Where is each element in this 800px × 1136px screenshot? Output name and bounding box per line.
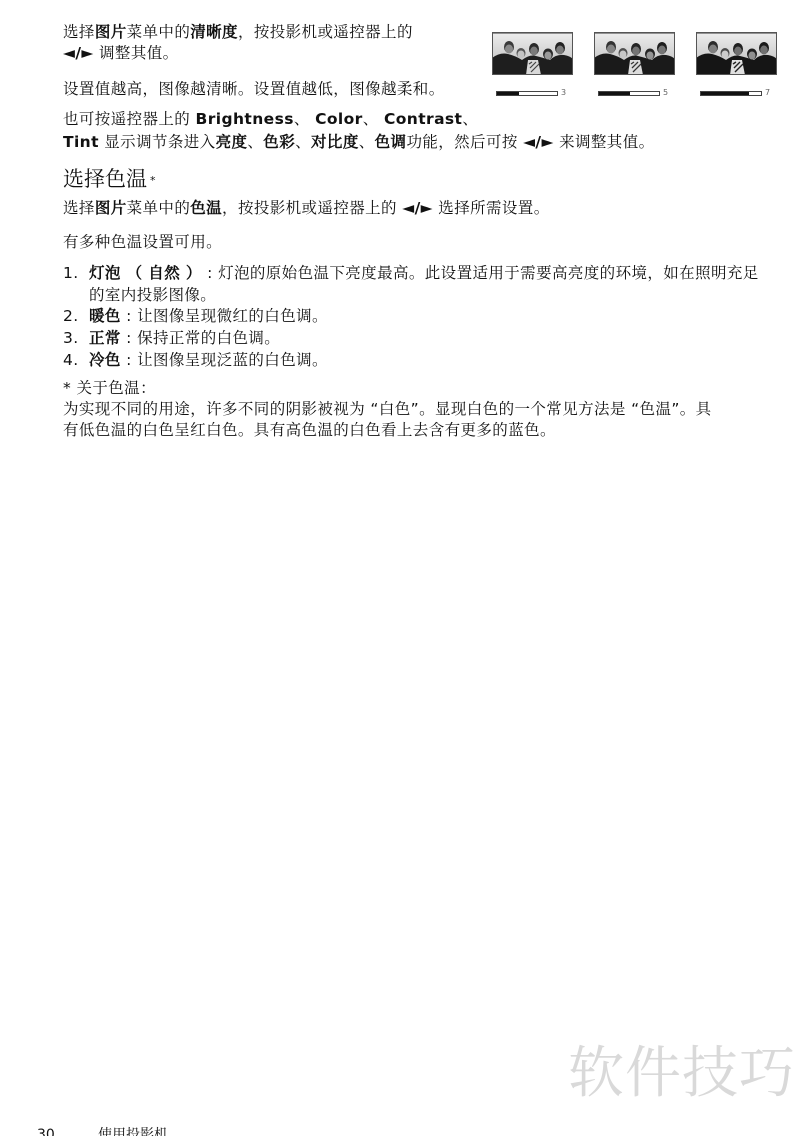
list-item-text: 灯泡 （ 自然 ） : 灯泡的原始色温下亮度最高。此设置适用于需要高亮度的环境，…: [89, 262, 759, 284]
color-temp-instruction: 选择图片菜单中的色温，按投影机或遥控器上的 ◄/► 选择所需设置。: [63, 197, 550, 219]
sharpness-explanation: 设置值越高，图像越清晰。设置值越低，图像越柔和。: [63, 78, 445, 100]
menu-name-picture: 图片: [95, 23, 127, 41]
key-brightness: Brightness: [196, 110, 294, 128]
list-number: 1.: [63, 262, 87, 284]
function-color: 色彩: [263, 133, 295, 151]
color-temp-available: 有多种色温设置可用。: [63, 231, 222, 253]
list-item-text: 正常 : 保持正常的白色调。: [89, 327, 280, 349]
key-color: Color: [315, 110, 363, 128]
key-tint: Tint: [63, 133, 99, 151]
list-item-text: 冷色 : 让图像呈现泛蓝的白色调。: [89, 349, 328, 371]
function-contrast: 对比度: [311, 133, 359, 151]
sharpness-instruction-line-2: ◄/► 调整其值。: [63, 42, 179, 64]
sharpness-preview-2: 5: [594, 32, 675, 75]
setting-name-color-temp: 色温: [190, 199, 222, 217]
section-heading-color-temp: 选择色温*: [63, 165, 156, 193]
option-name: 正常: [89, 329, 121, 347]
option-description: : 让图像呈现泛蓝的白色调。: [121, 351, 328, 369]
slider-fill: [599, 92, 630, 95]
list-number: 3.: [63, 327, 87, 349]
text-segment: 菜单中的: [127, 199, 191, 217]
slider-value: 3: [561, 89, 566, 97]
key-contrast: Contrast: [384, 110, 462, 128]
footnote-marker: *: [150, 174, 156, 187]
note-line-1: 为实现不同的用途，许多不同的阴影被视为 “白色”。显现白色的一个常见方法是 “色…: [63, 399, 712, 420]
sharpness-slider: 3: [496, 89, 566, 97]
slider-value: 5: [663, 89, 668, 97]
remote-keys-line-2: Tint 显示调节条进入亮度、色彩、对比度、色调功能，然后可按 ◄/► 来调整其…: [63, 131, 655, 153]
option-description: : 让图像呈现微红的白色调。: [121, 307, 328, 325]
list-number: 4.: [63, 349, 87, 371]
sharpness-slider: 7: [700, 89, 770, 97]
option-name: 暖色: [89, 307, 121, 325]
watermark-text: 软件技巧: [568, 1038, 796, 1110]
slider-track: [700, 91, 762, 96]
sharpness-instruction-line-1: 选择图片菜单中的清晰度，按投影机或遥控器上的: [63, 21, 413, 43]
text-segment: 、: [247, 133, 263, 151]
note-line-2: 有低色温的白色呈红白色。具有高色温的白色看上去含有更多的蓝色。: [63, 420, 556, 441]
note-title: * 关于色温：: [63, 377, 156, 399]
text-segment: 选择: [63, 199, 95, 217]
text-segment: 功能，然后可按: [406, 133, 523, 151]
sharpness-preview-3: 7: [696, 32, 777, 75]
slider-fill: [701, 92, 749, 95]
text-segment: 选择所需设置。: [433, 199, 550, 217]
text-segment: ，按投影机或遥控器上的: [238, 23, 413, 41]
slider-track: [598, 91, 660, 96]
sharpness-slider: 5: [598, 89, 668, 97]
text-segment: 选择: [63, 23, 95, 41]
text-segment: 调整其值。: [94, 44, 179, 62]
sample-photo-image: [594, 32, 675, 75]
arrow-keys-glyph: ◄/►: [63, 44, 94, 62]
sample-photo-image: [492, 32, 573, 75]
menu-name-picture: 图片: [95, 199, 127, 217]
slider-fill: [497, 92, 519, 95]
option-description-cont: 的室内投影图像。: [89, 284, 216, 306]
text-segment: 、: [294, 110, 315, 128]
option-name: 冷色: [89, 351, 121, 369]
text-segment: ，按投影机或遥控器上的: [222, 199, 402, 217]
slider-value: 7: [765, 89, 770, 97]
arrow-keys-glyph: ◄/►: [523, 133, 554, 151]
list-item-text: 暖色 : 让图像呈现微红的白色调。: [89, 305, 328, 327]
text-segment: 、: [363, 110, 384, 128]
list-number: 2.: [63, 305, 87, 327]
footer-page-number: 30: [37, 1127, 55, 1136]
text-segment: 也可按遥控器上的: [63, 110, 196, 128]
heading-text: 选择色温: [63, 167, 147, 191]
setting-name-sharpness: 清晰度: [190, 23, 238, 41]
text-segment: 来调整其值。: [554, 133, 655, 151]
option-description: : 保持正常的白色调。: [121, 329, 280, 347]
footer-section-title: 使用投影机: [98, 1127, 168, 1136]
text-segment: 菜单中的: [127, 23, 191, 41]
remote-keys-line-1: 也可按遥控器上的 Brightness、 Color、 Contrast、: [63, 108, 478, 130]
slider-track: [496, 91, 558, 96]
function-brightness: 亮度: [216, 133, 248, 151]
text-segment: 、: [359, 133, 375, 151]
option-name: 灯泡 （ 自然 ）: [89, 264, 202, 282]
sample-photo-image: [696, 32, 777, 75]
text-segment: 显示调节条进入: [99, 133, 216, 151]
text-segment: 、: [462, 110, 478, 128]
sharpness-preview-1: 3: [492, 32, 573, 75]
text-segment: 、: [295, 133, 311, 151]
function-tint: 色调: [375, 133, 407, 151]
arrow-keys-glyph: ◄/►: [402, 199, 433, 217]
option-description: : 灯泡的原始色温下亮度最高。此设置适用于需要高亮度的环境，如在照明充足: [202, 264, 759, 282]
